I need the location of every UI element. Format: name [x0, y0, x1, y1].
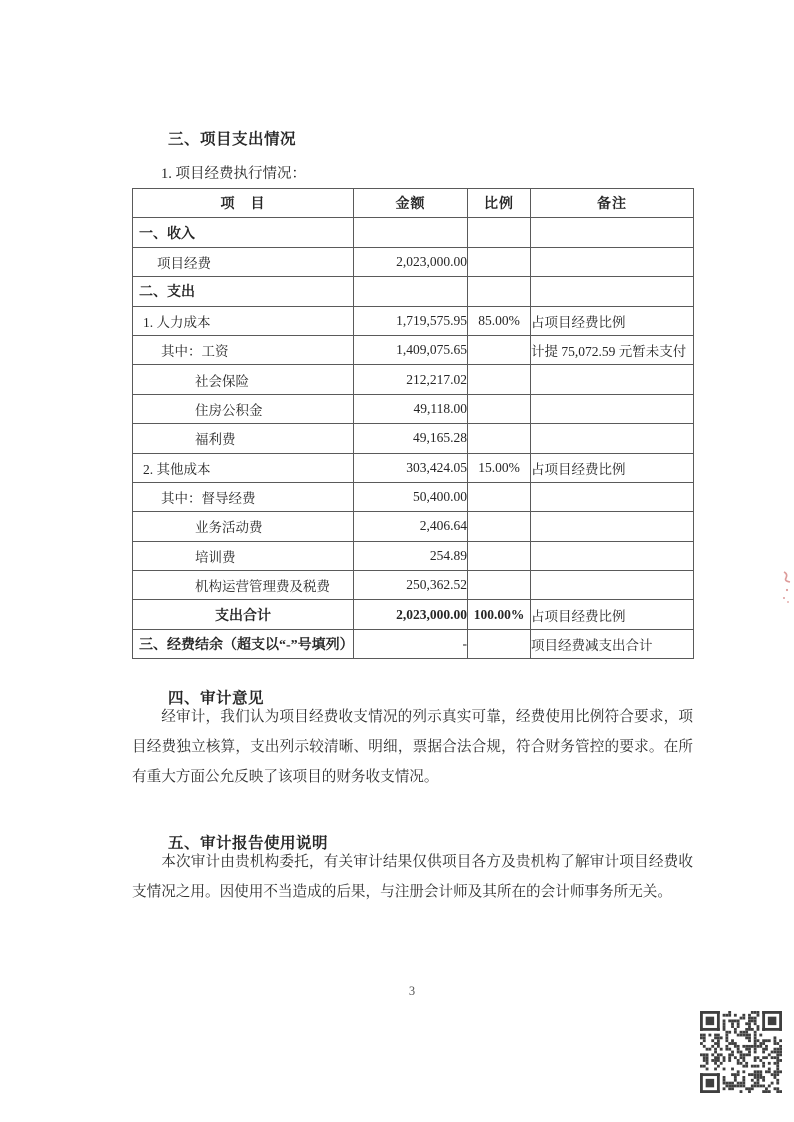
section-4-paragraph: 经审计，我们认为项目经费收支情况的列示真实可靠，经费使用比例符合要求，项目经费独…: [132, 702, 693, 792]
row-amount-cell: [354, 277, 468, 306]
row-note-cell: [531, 512, 694, 541]
table-row: 住房公积金49,118.00: [133, 394, 694, 423]
row-note-cell: 占项目经费比例: [531, 306, 694, 335]
row-note-cell: 计提 75,072.59 元暂未支付: [531, 335, 694, 364]
row-item-cell: 社会保险: [133, 365, 354, 394]
row-note-cell: [531, 571, 694, 600]
table-row: 支出合计2,023,000.00100.00%占项目经费比例: [133, 600, 694, 629]
row-item-cell: 一、收入: [133, 218, 354, 247]
row-amount-cell: 1,719,575.95: [354, 306, 468, 335]
table-row: 其中：督导经费50,400.00: [133, 482, 694, 511]
row-amount-cell: 212,217.02: [354, 365, 468, 394]
row-item-cell: 1. 人力成本: [133, 306, 354, 335]
table-row: 三、经费结余（超支以“-”号填列）-项目经费减支出合计: [133, 629, 694, 658]
qr-code: [700, 1011, 782, 1093]
row-ratio-cell: [468, 365, 531, 394]
row-item-cell: 其中：督导经费: [133, 482, 354, 511]
table-row: 培训费254.89: [133, 541, 694, 570]
red-seal-artifact: [778, 568, 794, 614]
row-ratio-cell: [468, 482, 531, 511]
row-amount-cell: 303,424.05: [354, 453, 468, 482]
row-amount-cell: 49,165.28: [354, 424, 468, 453]
table-row: 1. 人力成本1,719,575.9585.00%占项目经费比例: [133, 306, 694, 335]
row-ratio-cell: [468, 277, 531, 306]
row-note-cell: 占项目经费比例: [531, 600, 694, 629]
row-note-cell: [531, 394, 694, 423]
table-row: 二、支出: [133, 277, 694, 306]
header-ratio: 比例: [468, 189, 531, 218]
document-page: 三、项目支出情况 1. 项目经费执行情况： 项 目 金额 比例 备注 一、收入项…: [0, 0, 794, 1122]
row-amount-cell: 50,400.00: [354, 482, 468, 511]
row-ratio-cell: 85.00%: [468, 306, 531, 335]
row-item-cell: 住房公积金: [133, 394, 354, 423]
table-caption: 1. 项目经费执行情况：: [161, 162, 306, 183]
row-note-cell: [531, 424, 694, 453]
row-ratio-cell: [468, 424, 531, 453]
row-ratio-cell: [468, 218, 531, 247]
table-row: 福利费49,165.28: [133, 424, 694, 453]
header-item: 项 目: [133, 189, 354, 218]
row-item-cell: 福利费: [133, 424, 354, 453]
header-note: 备注: [531, 189, 694, 218]
row-amount-cell: 2,406.64: [354, 512, 468, 541]
row-item-cell: 三、经费结余（超支以“-”号填列）: [133, 629, 354, 658]
row-amount-cell: 2,023,000.00: [354, 247, 468, 276]
row-amount-cell: 250,362.52: [354, 571, 468, 600]
row-item-cell: 业务活动费: [133, 512, 354, 541]
row-item-cell: 二、支出: [133, 277, 354, 306]
row-ratio-cell: [468, 335, 531, 364]
row-ratio-cell: [468, 247, 531, 276]
row-note-cell: [531, 365, 694, 394]
row-ratio-cell: [468, 571, 531, 600]
row-amount-cell: 2,023,000.00: [354, 600, 468, 629]
row-note-cell: [531, 218, 694, 247]
row-item-cell: 机构运营管理费及税费: [133, 571, 354, 600]
row-ratio-cell: [468, 394, 531, 423]
table-row: 项目经费2,023,000.00: [133, 247, 694, 276]
row-amount-cell: 254.89: [354, 541, 468, 570]
row-note-cell: [531, 482, 694, 511]
section-3-heading: 三、项目支出情况: [168, 127, 296, 149]
page-number: 3: [132, 984, 692, 999]
row-amount-cell: [354, 218, 468, 247]
row-note-cell: 占项目经费比例: [531, 453, 694, 482]
row-amount-cell: -: [354, 629, 468, 658]
section-5-paragraph: 本次审计由贵机构委托，有关审计结果仅供项目各方及贵机构了解审计项目经费收支情况之…: [132, 847, 693, 907]
expense-table-body: 一、收入项目经费2,023,000.00二、支出1. 人力成本1,719,575…: [133, 218, 694, 659]
expense-table: 项 目 金额 比例 备注 一、收入项目经费2,023,000.00二、支出1. …: [132, 188, 694, 659]
row-item-cell: 支出合计: [133, 600, 354, 629]
table-row: 其中：工资1,409,075.65计提 75,072.59 元暂未支付: [133, 335, 694, 364]
row-note-cell: [531, 277, 694, 306]
row-ratio-cell: 100.00%: [468, 600, 531, 629]
row-item-cell: 培训费: [133, 541, 354, 570]
row-item-cell: 2. 其他成本: [133, 453, 354, 482]
table-header-row: 项 目 金额 比例 备注: [133, 189, 694, 218]
row-amount-cell: 49,118.00: [354, 394, 468, 423]
table-row: 社会保险212,217.02: [133, 365, 694, 394]
row-amount-cell: 1,409,075.65: [354, 335, 468, 364]
table-row: 业务活动费2,406.64: [133, 512, 694, 541]
table-row: 2. 其他成本303,424.0515.00%占项目经费比例: [133, 453, 694, 482]
table-row: 机构运营管理费及税费250,362.52: [133, 571, 694, 600]
row-item-cell: 项目经费: [133, 247, 354, 276]
row-ratio-cell: [468, 629, 531, 658]
row-ratio-cell: 15.00%: [468, 453, 531, 482]
table-row: 一、收入: [133, 218, 694, 247]
row-ratio-cell: [468, 541, 531, 570]
row-item-cell: 其中：工资: [133, 335, 354, 364]
row-ratio-cell: [468, 512, 531, 541]
header-amount: 金额: [354, 189, 468, 218]
row-note-cell: [531, 247, 694, 276]
row-note-cell: [531, 541, 694, 570]
row-note-cell: 项目经费减支出合计: [531, 629, 694, 658]
